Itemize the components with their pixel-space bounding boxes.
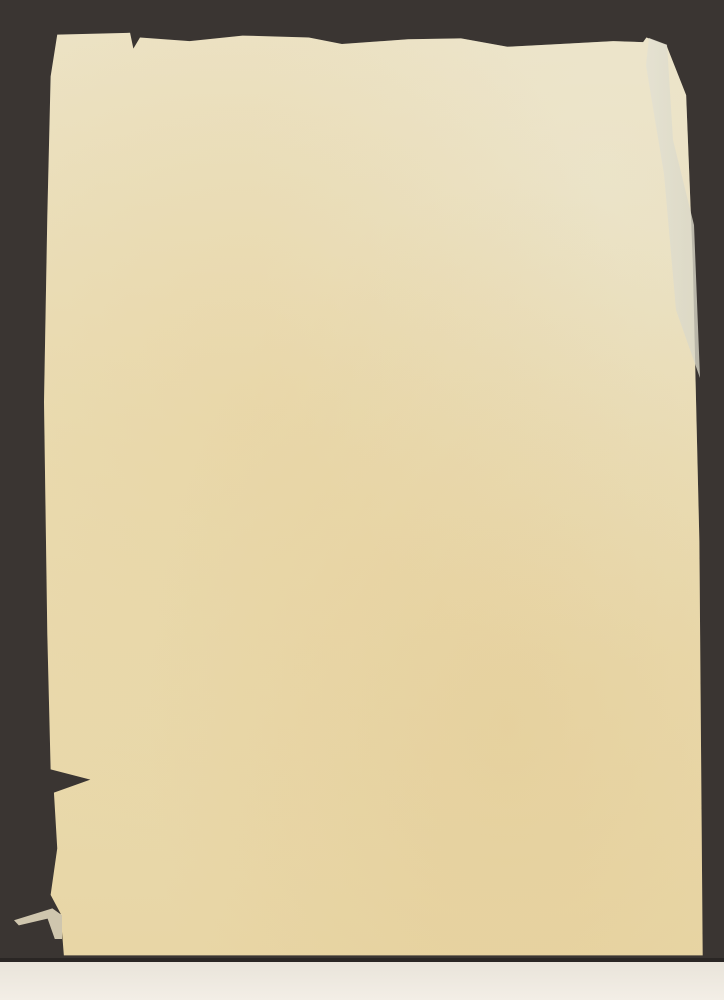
photo-background: Photograph of a blank aged paper sheet w… xyxy=(0,0,724,1000)
torn-paper-tab xyxy=(14,905,62,939)
aged-paper-sheet xyxy=(44,30,706,960)
table-surface xyxy=(0,962,724,1000)
